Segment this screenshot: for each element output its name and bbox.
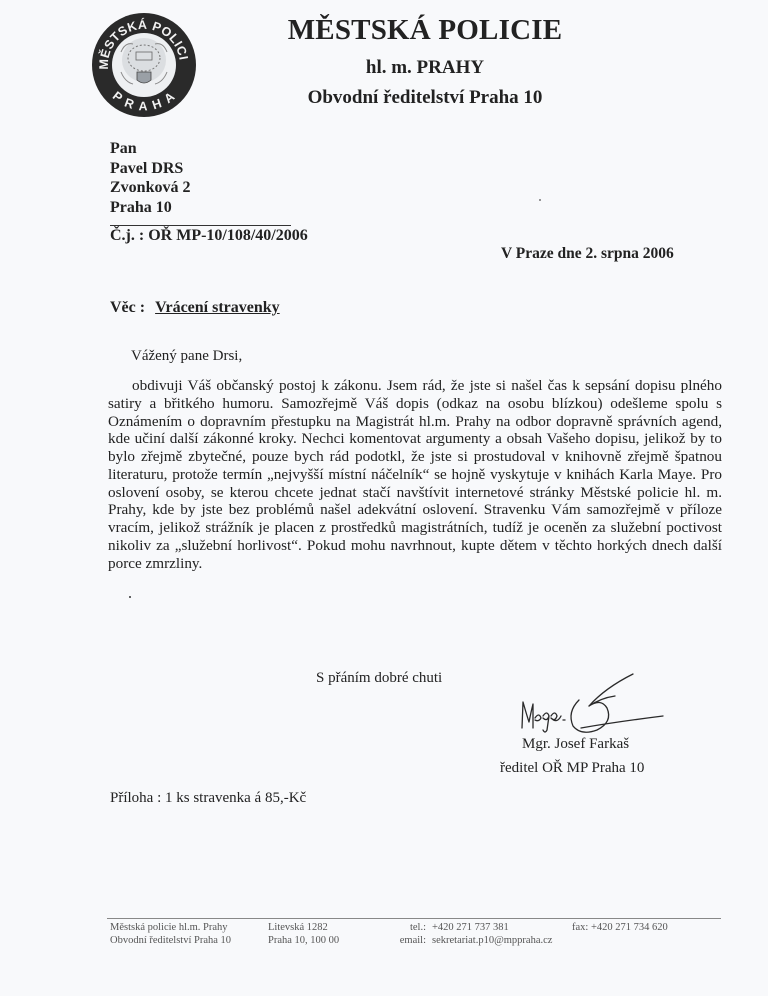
letterhead-department: Obvodní ředitelství Praha 10 <box>275 87 575 109</box>
signer-name: Mgr. Josef Farkaš <box>522 736 629 753</box>
handwritten-signature-icon <box>515 672 665 740</box>
footer-email-label: email: <box>388 934 426 947</box>
footer-street: Litevská 1282 <box>268 921 339 934</box>
footer-divider <box>107 918 721 919</box>
subject-value: Vrácení stravenky <box>155 299 280 316</box>
police-emblem-icon: MĚSTSKÁ POLICIE PRAHA <box>91 12 197 118</box>
addressee-line: Pan <box>110 139 190 159</box>
footer-tel-label: tel.: <box>388 921 426 934</box>
reference-number: Č.j. : OŘ MP-10/108/40/2006 <box>110 227 308 245</box>
addressee-divider <box>110 225 291 226</box>
footer-fax-label: fax: <box>572 922 588 933</box>
footer-city: Praha 10, 100 00 <box>268 934 339 947</box>
footer-fax-number: +420 271 734 620 <box>591 922 668 933</box>
footer-address: Litevská 1282 Praha 10, 100 00 <box>268 921 339 947</box>
footer-tel: +420 271 737 381 <box>432 921 509 934</box>
addressee-block: Pan Pavel DRS Zvonková 2 Praha 10 <box>110 139 190 217</box>
footer-email: sekretariat.p10@mppraha.cz <box>432 934 552 947</box>
letter-date: V Praze dne 2. srpna 2006 <box>501 245 674 263</box>
addressee-line: Praha 10 <box>110 198 190 218</box>
subject-line: Věc : Vrácení stravenky <box>110 299 280 317</box>
paper-speck <box>129 596 131 598</box>
addressee-line: Pavel DRS <box>110 159 190 179</box>
footer-organization: Městská policie hl.m. Prahy Obvodní ředi… <box>110 921 231 947</box>
addressee-line: Zvonková 2 <box>110 178 190 198</box>
paper-speck <box>539 199 541 201</box>
closing-phrase: S přáním dobré chuti <box>316 670 442 687</box>
attachment-note: Příloha : 1 ks stravenka á 85,-Kč <box>110 790 306 807</box>
subject-label: Věc : <box>110 299 145 316</box>
footer-contacts: tel.: +420 271 737 381 email: sekretaria… <box>388 921 552 947</box>
letterhead-title: MĚSTSKÁ POLICIE <box>275 14 575 47</box>
salutation: Vážený pane Drsi, <box>131 348 242 365</box>
signer-title: ředitel OŘ MP Praha 10 <box>500 760 644 777</box>
footer-org-line: Obvodní ředitelství Praha 10 <box>110 934 231 947</box>
letterhead-subtitle: hl. m. PRAHY <box>275 57 575 79</box>
footer-org-line: Městská policie hl.m. Prahy <box>110 921 231 934</box>
letter-body: obdivuji Váš občanský postoj k zákonu. J… <box>108 377 722 572</box>
footer-fax: fax: +420 271 734 620 <box>572 921 668 934</box>
